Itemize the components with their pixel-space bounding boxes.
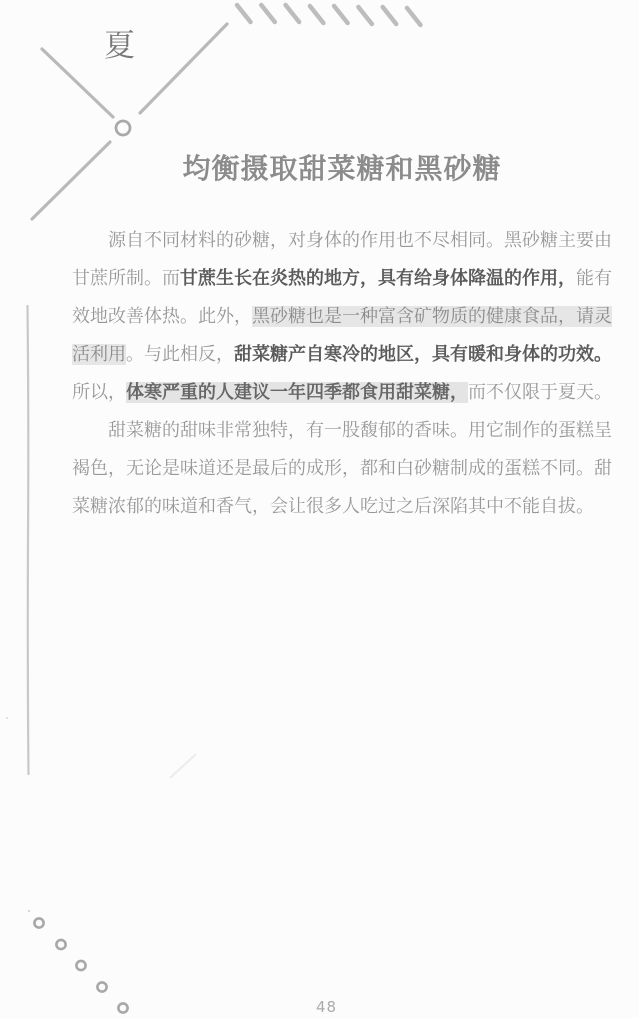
- scan-specks: [6, 717, 196, 912]
- page-number: 48: [316, 998, 337, 1016]
- season-label: 夏: [104, 20, 137, 65]
- page-title: 均衡摄取甜菜糖和黑砂糖: [72, 147, 612, 187]
- dotted-trail-icon: [34, 918, 127, 1012]
- margin-rule-line: [28, 306, 29, 774]
- text-segment-bold-highlight: 体寒严重的人建议一年四季都食用甜菜糖，: [126, 382, 468, 403]
- ring-icon: [116, 121, 130, 135]
- book-page: 夏 均衡摄取甜菜糖和黑砂糖 源自不同材料的砂糖，对身体的作用也不尽相同。黑砂糖主…: [0, 0, 639, 1018]
- paragraph: 甜菜糖的甜味非常独特，有一股馥郁的香味。用它制作的蛋糕呈褐色，无论是味道还是最后…: [72, 412, 612, 526]
- hatch-marks-icon: [237, 5, 421, 25]
- text-segment-bold: 甜菜糖产自寒冷的地区，具有暖和身体的功效。: [234, 344, 612, 365]
- text-segment-normal: 所以，: [72, 382, 126, 403]
- text-segment-normal: 甜菜糖的甜味非常独特，有一股馥郁的香味。用它制作的蛋糕呈褐色，无论是味道还是最后…: [72, 420, 612, 517]
- text-segment-normal: 。与此相反，: [126, 344, 234, 365]
- text-segment-normal: 而不仅限于夏天。: [468, 382, 612, 403]
- paragraph: 源自不同材料的砂糖，对身体的作用也不尽相同。黑砂糖主要由甘蔗所制。而甘蔗生长在炎…: [72, 222, 612, 412]
- article-body: 源自不同材料的砂糖，对身体的作用也不尽相同。黑砂糖主要由甘蔗所制。而甘蔗生长在炎…: [72, 222, 612, 526]
- text-segment-bold: 甘蔗生长在炎热的地方，具有给身体降温的作用，: [180, 268, 576, 289]
